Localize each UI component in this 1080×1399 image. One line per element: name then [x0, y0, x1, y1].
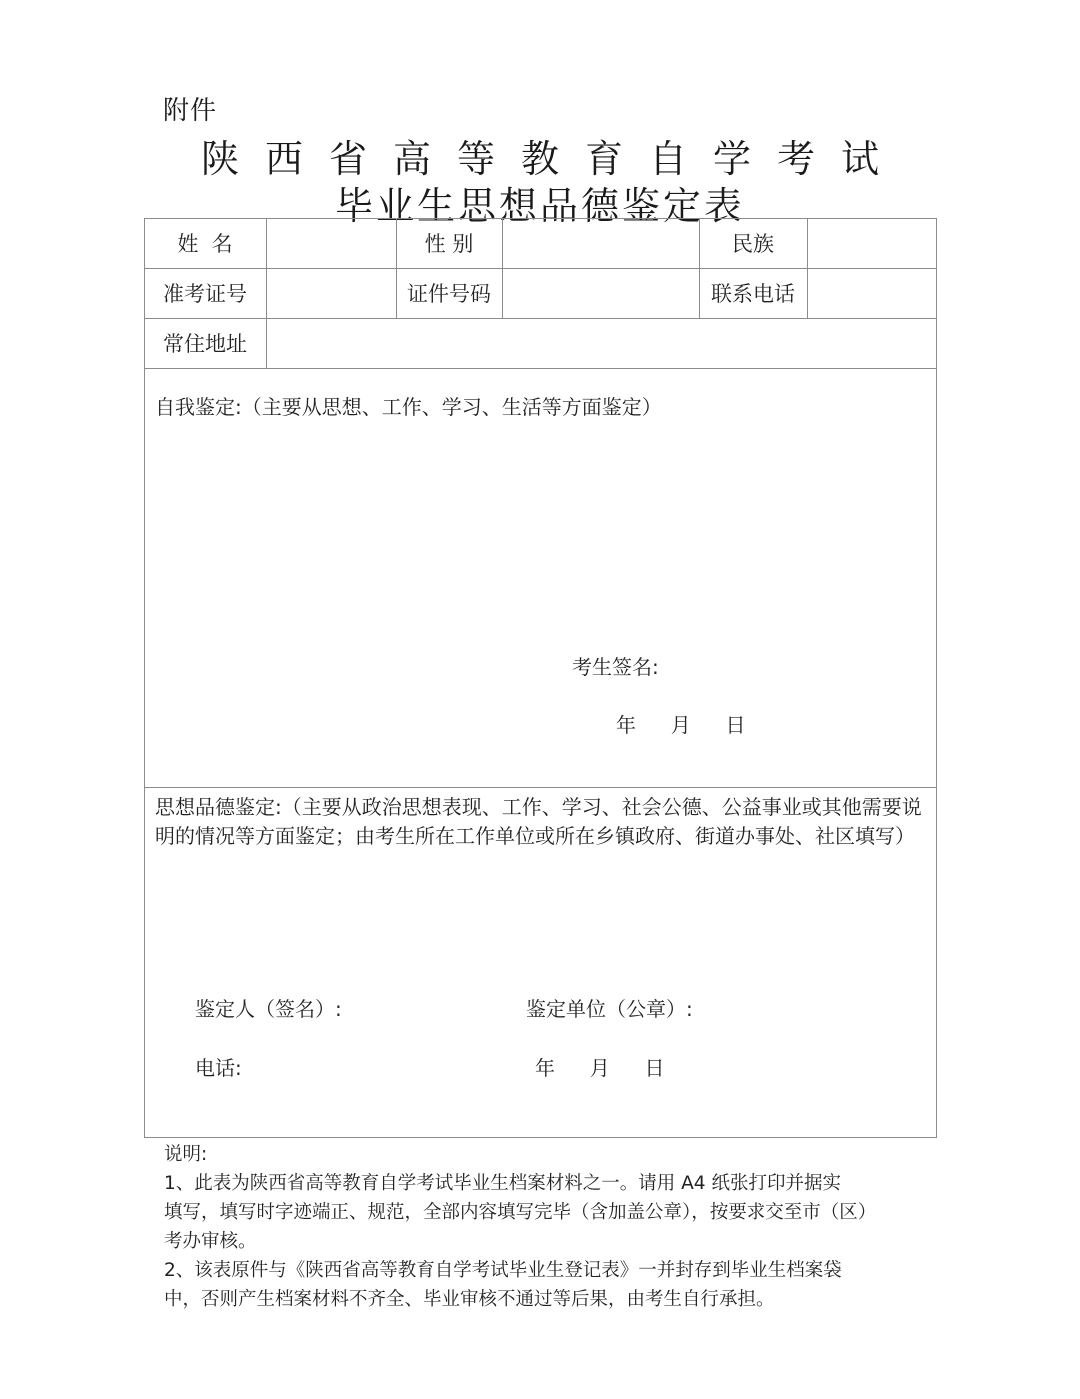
self-assessment-section[interactable]: 自我鉴定:（主要从思想、工作、学习、生活等方面鉴定） 考生签名: 年 月 日 [146, 370, 935, 786]
id-number-field[interactable] [504, 270, 698, 317]
date-day: 日 [725, 713, 745, 737]
moral-assessment-section[interactable]: 思想品德鉴定:（主要从政治思想表现、工作、学习、社会公德、公益事业或其他需要说 … [146, 789, 935, 1136]
table-border-bottom [144, 1137, 937, 1138]
ethnicity-field[interactable] [809, 220, 935, 267]
moral-assessment-heading-line1: 思想品德鉴定:（主要从政治思想表现、工作、学习、社会公德、公益事业或其他需要说 [155, 793, 922, 822]
note-item-1-line3: 考办审核。 [164, 1227, 884, 1256]
date-day: 日 [644, 1056, 664, 1080]
date-month: 月 [590, 1056, 610, 1080]
col-divider [266, 218, 267, 369]
table-border-right [936, 218, 937, 1138]
assessor-signature-label: 鉴定人（签名）: [195, 995, 342, 1024]
name-label: 姓 名 [144, 218, 266, 268]
col-divider [807, 218, 808, 319]
note-item-2-line2: 中，否则产生档案材料不齐全、毕业审核不通过等后果，由考生自行承担。 [164, 1285, 884, 1314]
self-assessment-date: 年 月 日 [616, 711, 745, 740]
ethnicity-label: 民族 [699, 218, 807, 268]
row-divider [144, 368, 937, 369]
note-item-2-line1: 2、该表原件与《陕西省高等教育自学考试毕业生登记表》一并封存到毕业生档案袋 [164, 1256, 884, 1285]
moral-assessment-date: 年 月 日 [535, 1054, 664, 1083]
row-divider [144, 787, 937, 788]
notes-section: 说明: 1、此表为陕西省高等教育自学考试毕业生档案材料之一。请用 A4 纸张打印… [164, 1140, 884, 1314]
phone-field[interactable] [809, 270, 935, 317]
phone-label: 联系电话 [699, 268, 807, 318]
exam-id-label: 准考证号 [144, 268, 266, 318]
note-item-1-line1: 1、此表为陕西省高等教育自学考试毕业生档案材料之一。请用 A4 纸张打印并据实 [164, 1169, 884, 1198]
id-number-label: 证件号码 [396, 268, 502, 318]
assessing-unit-seal-label: 鉴定单位（公章）: [526, 995, 693, 1024]
address-label: 常住地址 [144, 318, 266, 368]
col-divider [502, 218, 503, 319]
address-field[interactable] [268, 320, 935, 367]
exam-id-field[interactable] [268, 270, 395, 317]
moral-assessment-heading-line2: 明的情况等方面鉴定；由考生所在工作单位或所在乡镇政府、街道办事处、社区填写） [155, 822, 915, 851]
date-month: 月 [671, 713, 691, 737]
note-item-1-line2: 填写，填写时字迹端正、规范，全部内容填写完毕（含加盖公章），按要求交至市（区） [164, 1198, 884, 1227]
gender-field[interactable] [504, 220, 698, 267]
date-year: 年 [616, 713, 636, 737]
candidate-signature-label: 考生签名: [572, 653, 659, 682]
name-field[interactable] [268, 220, 395, 267]
date-year: 年 [535, 1056, 555, 1080]
self-assessment-heading: 自我鉴定:（主要从思想、工作、学习、生活等方面鉴定） [155, 393, 662, 422]
assessor-phone-label: 电话: [195, 1054, 242, 1083]
gender-label: 性 别 [396, 218, 502, 268]
notes-heading: 说明: [164, 1140, 884, 1169]
